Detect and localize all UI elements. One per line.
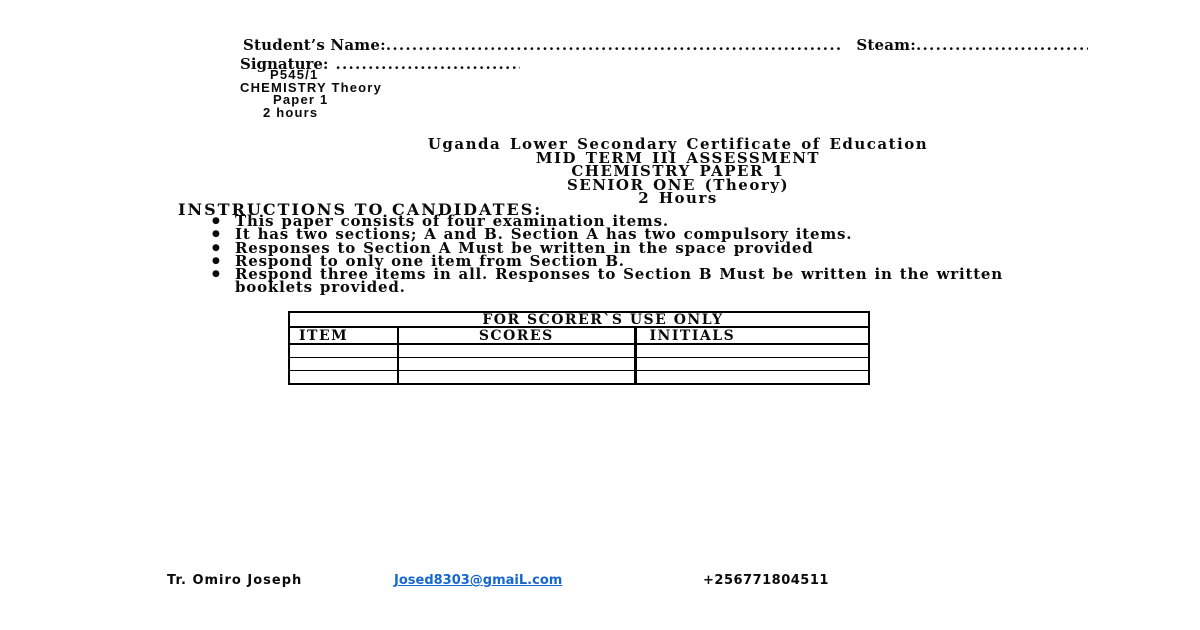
exam-title-block: Uganda Lower Secondary Certificate of Ed… (278, 138, 1078, 206)
empty-cell (635, 358, 869, 371)
column-header-initials: INITIALS (635, 327, 869, 344)
scorer-table: FOR SCORER`S USE ONLY ITEM SCORES INITIA… (288, 311, 870, 385)
steam-blank: ........................................… (916, 36, 1088, 54)
scorer-table-header-row: ITEM SCORES INITIALS (289, 327, 869, 344)
steam-label: Steam: (856, 36, 916, 54)
table-row (289, 358, 869, 371)
instructions-list: ● This paper consists of four examinatio… (212, 215, 1040, 295)
empty-cell (289, 344, 398, 358)
empty-cell (398, 344, 635, 358)
empty-cell (398, 371, 635, 385)
bullet-icon: ● (212, 255, 235, 268)
bullet-icon: ● (212, 242, 235, 255)
scorer-table-title-row: FOR SCORER`S USE ONLY (289, 312, 869, 327)
paper-code-block: P545/1 CHEMISTRY Theory Paper 1 2 hours (240, 69, 382, 119)
phone-number: +256771804511 (703, 573, 829, 588)
student-name-blank: ........................................… (386, 36, 843, 54)
column-header-scores: SCORES (398, 327, 635, 344)
bullet-icon: ● (212, 215, 235, 228)
empty-cell (289, 371, 398, 385)
table-row (289, 344, 869, 358)
empty-cell (635, 344, 869, 358)
duration-line: 2 hours (263, 107, 382, 120)
teacher-name: Tr. Omiro Joseph (167, 573, 302, 588)
bullet-icon: ● (212, 228, 235, 241)
student-name-label: Student’s Name: (243, 36, 386, 54)
document-page: Student’s Name:.........................… (0, 0, 1200, 630)
empty-cell (635, 371, 869, 385)
empty-cell (289, 358, 398, 371)
table-row (289, 371, 869, 385)
instruction-item: ● Respond three items in all. Responses … (212, 268, 1040, 295)
email-link[interactable]: Josed8303@gmaiL.com (394, 573, 562, 588)
empty-cell (398, 358, 635, 371)
bullet-icon: ● (212, 268, 235, 281)
column-header-item: ITEM (289, 327, 398, 344)
scorer-table-title: FOR SCORER`S USE ONLY (289, 312, 869, 327)
student-name-line: Student’s Name:.........................… (243, 36, 1088, 54)
instruction-text: Respond three items in all. Responses to… (235, 268, 1040, 295)
